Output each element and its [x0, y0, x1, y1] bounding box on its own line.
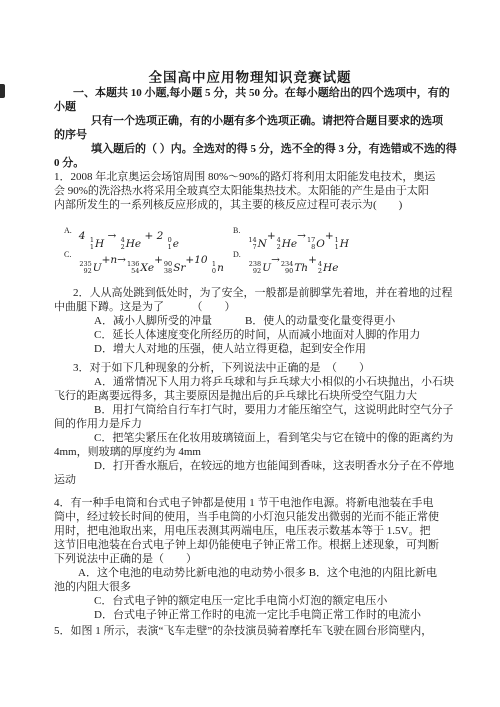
- text-line: 下列说法中正确的是（ ）: [54, 552, 454, 566]
- option-line: D．台式电子钟正常工作时的电流一定比手电筒正常工作时的电流小: [54, 608, 454, 622]
- option-label: A.: [64, 226, 72, 235]
- option-line: A．通常情况下人用力将乒乓球和与乒乓球大小相似的小石块抛出，小石块: [54, 375, 454, 389]
- option-label: B.: [233, 226, 240, 235]
- text-line: 运动: [54, 473, 454, 487]
- text-line: 这节旧电池装在台式电子钟上却仍能使电子钟正常工作。根据上述现象，可判断: [54, 538, 454, 552]
- text-line: 2．人从高处跳到低处时，为了安全，一般都是前脚掌先着地，并在着地的过程: [54, 286, 454, 300]
- text-line: 填入题后的（ ）内。全选对的得 5 分，选不全的得 3 分，有选错或不选的得: [54, 142, 454, 156]
- text-line: 小题: [54, 100, 454, 114]
- text-line: 会 90%的洗浴热水将采用全玻真空太阳能集热技术。太阳能的产生是由于太阳: [54, 184, 454, 198]
- text-line: 飞行的距离要远得多，其主要原因是抛出后的乒乓球比石块所受空气阻力大: [54, 389, 454, 403]
- section-instructions: 一、本题共 10 小题,每小题 5 分，共 50 分。在每小题给出的四个选项中，…: [54, 86, 454, 170]
- text-line: 只有一个选项正确，有的小题有多个选项正确。请把符合题目要求的选项: [54, 114, 454, 128]
- option-label: D.: [233, 250, 241, 259]
- text-line: 内部所发生的一系列核反应形成的，其主要的核反应过程可表示为( ): [54, 198, 454, 212]
- nuclear-equation: 23892U→23490Th+42He: [248, 254, 339, 266]
- exam-document-page: 全国高中应用物理知识竞赛试题 一、本题共 10 小题,每小题 5 分，共 50 …: [0, 0, 500, 707]
- text-line: 1．2008 年北京奥运会场馆周围 80%～90%的路灯将利用太阳能发电技术，奥…: [54, 170, 454, 184]
- text-line: 间的作用力是斥力: [54, 417, 454, 431]
- text-line: 4mm，则玻璃的厚度约为 4mm: [54, 445, 454, 459]
- q1-options-row-1: A. 4 11H → 42He + 2 01e B. 147N+42He→178…: [54, 226, 454, 244]
- text-line: 5．如图 1 所示，表演“飞车走壁”的杂技演员骑着摩托车飞驶在圆台形筒壁内，: [54, 624, 454, 638]
- option-line: C．台式电子钟的额定电压一定比手电筒小灯泡的额定电压小: [54, 594, 454, 608]
- q1-option-b: B. 147N+42He→178O+11H: [233, 226, 349, 251]
- question-5: 5．如图 1 所示，表演“飞车走壁”的杂技演员骑着摩托车飞驶在圆台形筒壁内，: [54, 624, 454, 638]
- option-line: A．减小人脚所受的冲量 B．使人的动量变化量变得更小: [54, 314, 454, 328]
- q1-option-c: C. 23592U+n→13654Xe+9038Sr+10 10n: [64, 250, 224, 275]
- q1-options-row-2: C. 23592U+n→13654Xe+9038Sr+10 10n D. 238…: [54, 250, 454, 268]
- text-line: 4．有一种手电筒和台式电子钟都是使用 1 节干电池作电源。将新电池装在手电: [54, 496, 454, 510]
- nuclear-equation: 4 11H → 42He + 2 01e: [79, 230, 179, 242]
- text-line: 中曲腿下蹲。这是为了 （ ）: [54, 300, 454, 314]
- text-line: 一、本题共 10 小题,每小题 5 分，共 50 分。在每小题给出的四个选项中，…: [54, 86, 454, 100]
- question-1: 1．2008 年北京奥运会场馆周围 80%～90%的路灯将利用太阳能发电技术，奥…: [54, 170, 454, 212]
- text-line: 筒中，经过较长时间的使用，当手电筒的小灯泡只能发出微弱的光而不能正常使: [54, 510, 454, 524]
- option-label: C.: [64, 250, 71, 259]
- nuclear-equation: 147N+42He→178O+11H: [247, 230, 349, 242]
- page-title: 全国高中应用物理知识竞赛试题: [0, 66, 500, 86]
- text-line: 0 分。: [54, 156, 454, 170]
- question-4: 4．有一种手电筒和台式电子钟都是使用 1 节干电池作电源。将新电池装在手电 筒中…: [54, 496, 454, 622]
- question-3: 3．对于如下几种现象的分析，下列说法中正确的是 （ ） A．通常情况下人用力将乒…: [54, 361, 454, 487]
- q1-option-a: A. 4 11H → 42He + 2 01e: [64, 226, 179, 251]
- option-line: C．延长人体速度变化所经历的时间，从而减小地面对人脚的作用力: [54, 328, 454, 342]
- option-line: C．把笔尖紧压在化妆用玻璃镜面上，看到笔尖与它在镜中的像的距离约为: [54, 431, 454, 445]
- text-line: 池的内阻大很多: [54, 580, 454, 594]
- text-line: 用时，把电池取出来，用电压表测其两端电压，电压表示数基本等于 1.5V。把: [54, 524, 454, 538]
- option-line: D．增大人对地的压强，使人站立得更稳，起到安全作用: [54, 342, 454, 356]
- text-line: 的序号: [54, 128, 454, 142]
- option-line: A．这个电池的电动势比新电池的电动势小很多 B．这个电池的内阻比新电: [54, 566, 454, 580]
- option-line: B．用打气筒给自行车打气时，要用力才能压缩空气，这说明此时空气分子: [54, 403, 454, 417]
- option-line: D．打开香水瓶后，在较远的地方也能闻到香味，这表明香水分子在不停地: [54, 459, 454, 473]
- nuclear-equation: 23592U+n→13654Xe+9038Sr+10 10n: [78, 254, 223, 266]
- question-2: 2．人从高处跳到低处时，为了安全，一般都是前脚掌先着地，并在着地的过程 中曲腿下…: [54, 286, 454, 356]
- q1-option-d: D. 23892U→23490Th+42He: [233, 250, 338, 275]
- scan-artifact: [0, 84, 5, 98]
- text-line: 3．对于如下几种现象的分析，下列说法中正确的是 （ ）: [54, 361, 454, 375]
